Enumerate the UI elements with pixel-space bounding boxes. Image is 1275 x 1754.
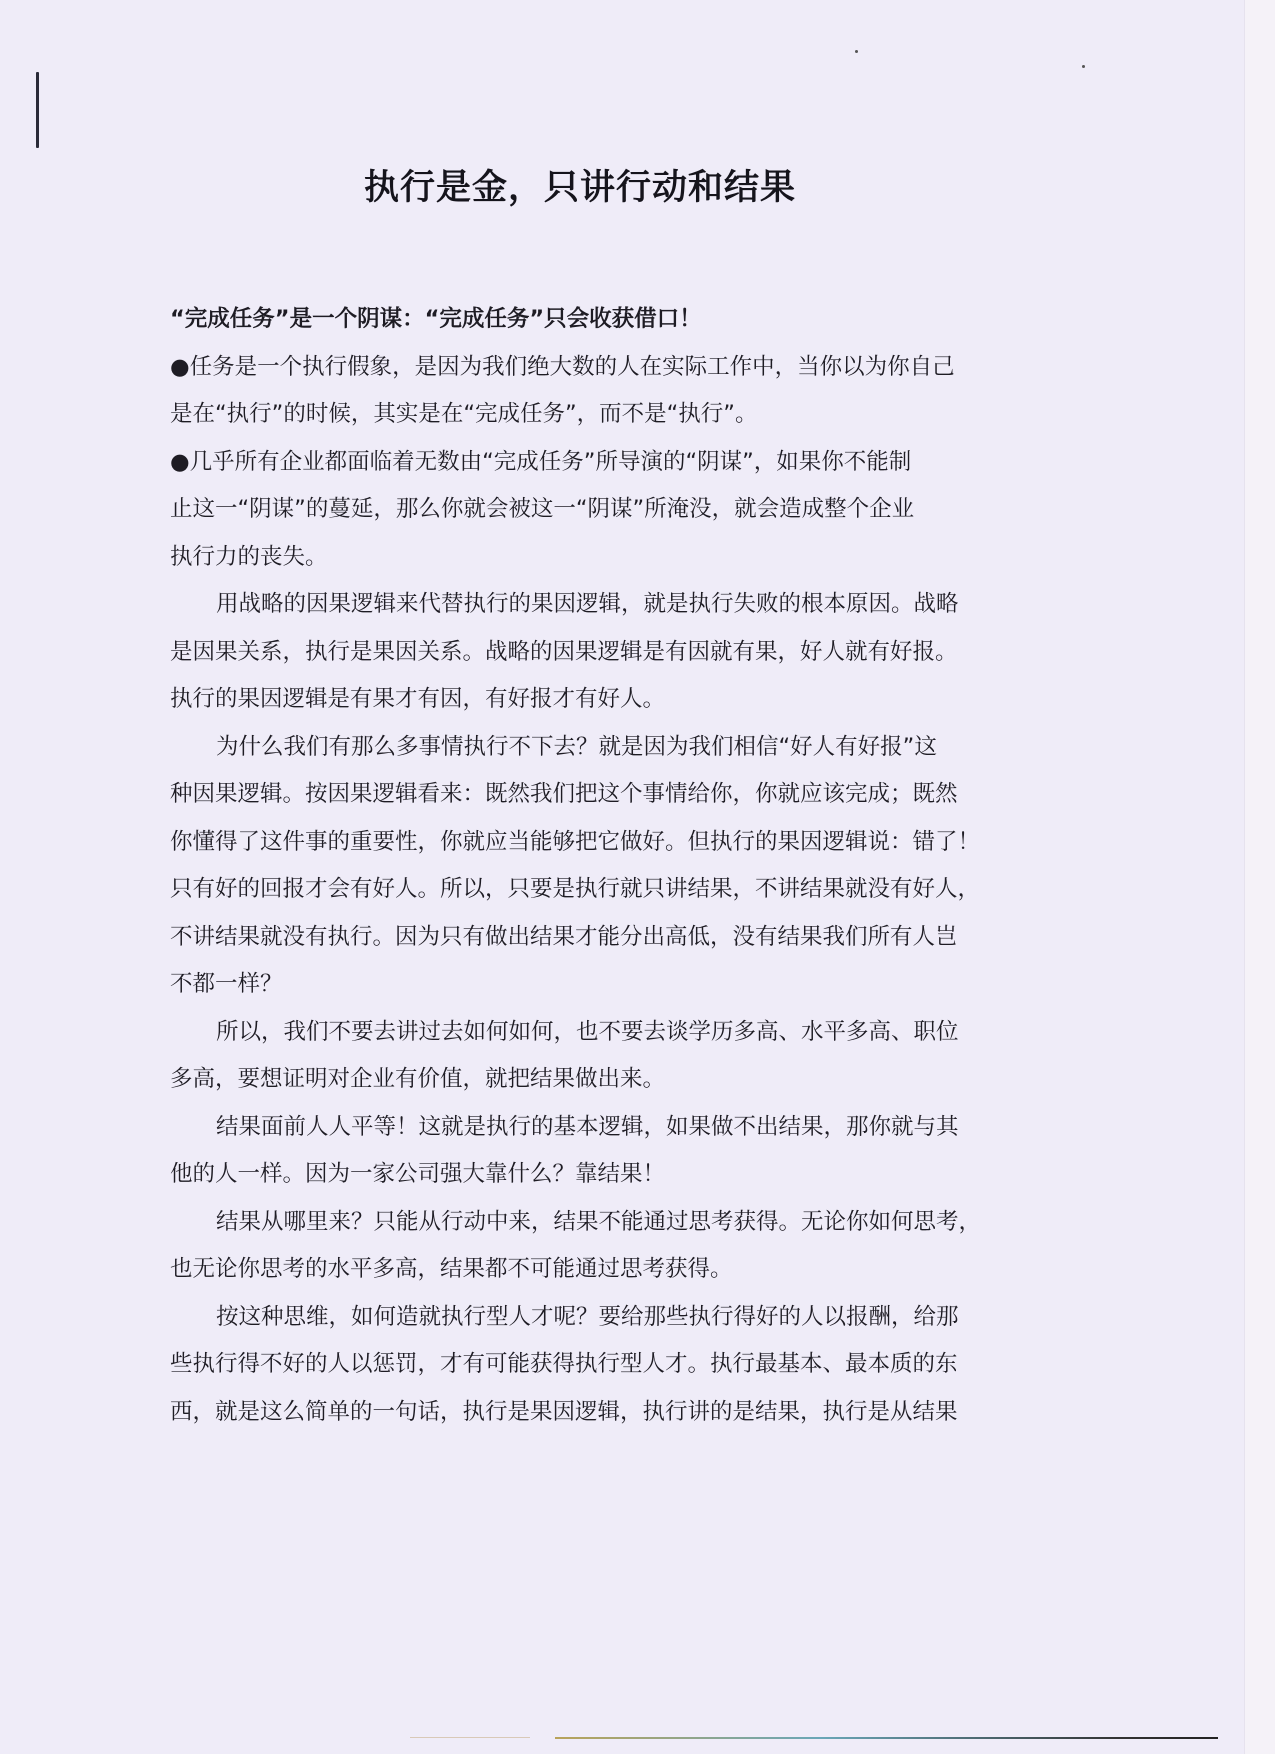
text-line: 用战略的因果逻辑来代替执行的果因逻辑，就是执行失败的根本原因。战略 — [170, 581, 1050, 629]
document-title: 执行是金，只讲行动和结果 — [0, 160, 1160, 210]
text-line: 结果面前人人平等！这就是执行的基本逻辑，如果做不出结果，那你就与其 — [170, 1104, 1050, 1152]
section-subheading: “完成任务”是一个阴谋：“完成任务”只会收获借口！ — [170, 296, 1050, 344]
text-line: 结果从哪里来？只能从行动中来，结果不能通过思考获得。无论你如何思考， — [170, 1199, 1050, 1247]
text-line: 你懂得了这件事的重要性，你就应当能够把它做好。但执行的果因逻辑说：错了！ — [170, 819, 1050, 867]
paragraph: 结果从哪里来？只能从行动中来，结果不能通过思考获得。无论你如何思考， 也无论你思… — [170, 1199, 1050, 1294]
paragraph: 按这种思维，如何造就执行型人才呢？要给那些执行得好的人以报酬，给那 些执行得不好… — [170, 1294, 1050, 1437]
paragraph: 用战略的因果逻辑来代替执行的果因逻辑，就是执行失败的根本原因。战略 是因果关系，… — [170, 581, 1050, 724]
text-line: 些执行得不好的人以惩罚，才有可能获得执行型人才。执行最基本、最本质的东 — [170, 1341, 1050, 1389]
scan-speck — [1082, 65, 1085, 68]
bullet-paragraph: ●任务是一个执行假象，是因为我们绝大数的人在实际工作中，当你以为你自己 是在“执… — [170, 344, 1050, 439]
text-line: 种因果逻辑。按因果逻辑看来：既然我们把这个事情给你，你就应该完成；既然 — [170, 771, 1050, 819]
text-line: ●几乎所有企业都面临着无数由“完成任务”所导演的“阴谋”，如果你不能制 — [170, 439, 1050, 487]
text-line: 不讲结果就没有执行。因为只有做出结果才能分出高低，没有结果我们所有人岂 — [170, 914, 1050, 962]
text-line: 执行的果因逻辑是有果才有因，有好报才有好人。 — [170, 676, 1050, 724]
text-line: 是在“执行”的时候，其实是在“完成任务”，而不是“执行”。 — [170, 391, 1050, 439]
document-body: “完成任务”是一个阴谋：“完成任务”只会收获借口！ ●任务是一个执行假象，是因为… — [170, 296, 1050, 1436]
text-line: 是因果关系，执行是果因关系。战略的因果逻辑是有因就有果，好人就有好报。 — [170, 629, 1050, 677]
scan-right-edge — [1244, 0, 1275, 1754]
footer-rule — [555, 1737, 1218, 1739]
text-line: 他的人一样。因为一家公司强大靠什么？靠结果！ — [170, 1151, 1050, 1199]
binding-mark — [36, 72, 39, 148]
text-line: 只有好的回报才会有好人。所以，只要是执行就只讲结果，不讲结果就没有好人， — [170, 866, 1050, 914]
text-line: 不都一样？ — [170, 961, 1050, 1009]
text-line: ●任务是一个执行假象，是因为我们绝大数的人在实际工作中，当你以为你自己 — [170, 344, 1050, 392]
text-line: 为什么我们有那么多事情执行不下去？就是因为我们相信“好人有好报”这 — [170, 724, 1050, 772]
paragraph: 所以，我们不要去讲过去如何如何，也不要去谈学历多高、水平多高、职位 多高，要想证… — [170, 1009, 1050, 1104]
paragraph: 为什么我们有那么多事情执行不下去？就是因为我们相信“好人有好报”这 种因果逻辑。… — [170, 724, 1050, 1009]
text-line: 按这种思维，如何造就执行型人才呢？要给那些执行得好的人以报酬，给那 — [170, 1294, 1050, 1342]
bullet-paragraph: ●几乎所有企业都面临着无数由“完成任务”所导演的“阴谋”，如果你不能制 止这一“… — [170, 439, 1050, 582]
text-line: 多高，要想证明对企业有价值，就把结果做出来。 — [170, 1056, 1050, 1104]
paragraph: 结果面前人人平等！这就是执行的基本逻辑，如果做不出结果，那你就与其 他的人一样。… — [170, 1104, 1050, 1199]
footer-rule-faint — [410, 1737, 530, 1738]
text-line: 止这一“阴谋”的蔓延，那么你就会被这一“阴谋”所淹没，就会造成整个企业 — [170, 486, 1050, 534]
text-line: 执行力的丧失。 — [170, 534, 1050, 582]
scan-speck — [855, 50, 858, 53]
text-line: 所以，我们不要去讲过去如何如何，也不要去谈学历多高、水平多高、职位 — [170, 1009, 1050, 1057]
text-line: 西，就是这么简单的一句话，执行是果因逻辑，执行讲的是结果，执行是从结果 — [170, 1389, 1050, 1437]
text-line: 也无论你思考的水平多高，结果都不可能通过思考获得。 — [170, 1246, 1050, 1294]
